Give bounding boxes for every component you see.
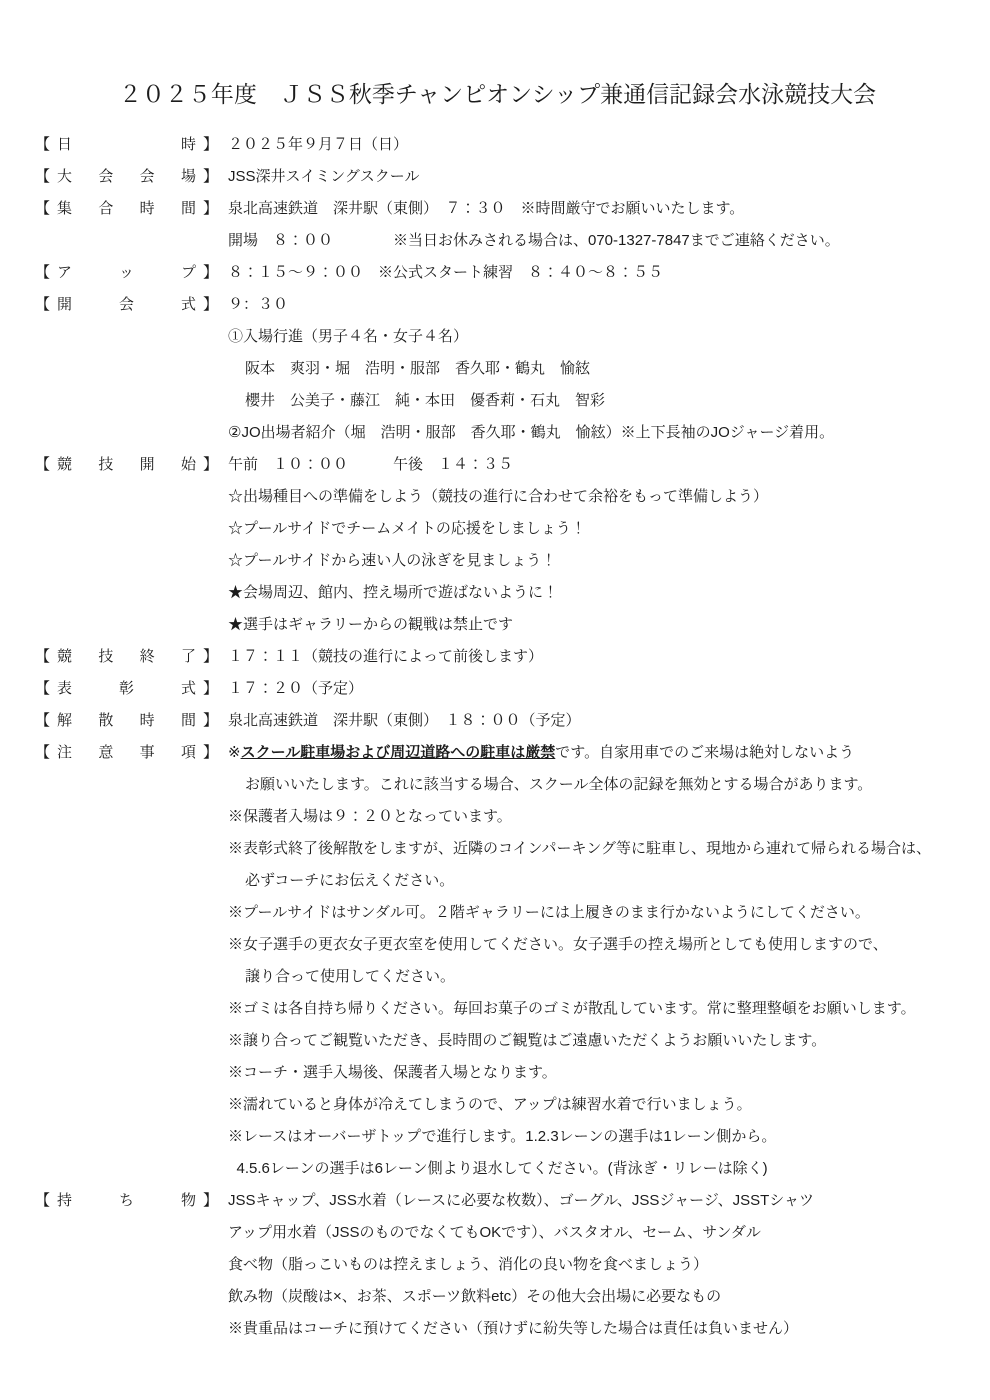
text-segment: ※ [228, 744, 241, 761]
close-bracket-glyph: 】 [203, 673, 218, 705]
close-bracket-glyph: 】 [203, 737, 218, 769]
label-char: 場 [181, 161, 196, 193]
label-char: 会 [119, 289, 134, 321]
page-title: ２０２５年度 ＪＳＳ秋季チャンピオンシップ兼通信記録会水泳競技大会 [35, 78, 960, 110]
row-content: 飲み物（炭酸は×、お茶、スポーツ飲料etc）その他大会出場に必要なもの [228, 1281, 960, 1313]
row-label: 【日時】 [35, 129, 218, 161]
close-bracket-glyph: 】 [203, 129, 218, 161]
label-char: 間 [181, 705, 196, 737]
notice-row: ①入場行進（男子４名・女子４名） [35, 321, 960, 353]
label-char: 意 [98, 737, 113, 769]
row-label-text: 解散時間 [50, 705, 203, 737]
notice-row: 【解散時間】泉北高速鉄道 深井駅（東側） １８：００（予定） [35, 705, 960, 737]
row-content: 泉北高速鉄道 深井駅（東側） ７：３０ ※時間厳守でお願いいたします。 [228, 193, 960, 225]
label-char: 式 [181, 673, 196, 705]
row-label-text: アップ [50, 257, 203, 289]
row-label: 【競技終了】 [35, 641, 218, 673]
row-label-text: 競技開始 [50, 449, 203, 481]
label-char: 物 [181, 1185, 196, 1217]
open-bracket-glyph: 【 [35, 161, 50, 193]
row-content: 櫻井 公美子・藤江 純・本田 優香莉・石丸 智彩 [228, 385, 960, 417]
text-segment: アップ用水着（JSSのものでなくてもOKです）、バスタオル、セーム、サンダル [228, 1224, 761, 1241]
open-bracket-glyph: 【 [35, 449, 50, 481]
text-segment: 櫻井 公美子・藤江 純・本田 優香莉・石丸 智彩 [245, 392, 605, 409]
text-segment: ※レースはオーバーザトップで進行します。1.2.3レーンの選手は1レーン側から。 [228, 1128, 776, 1145]
open-bracket-glyph: 【 [35, 129, 50, 161]
text-segment: ☆出場種目への準備をしよう（競技の進行に合わせて余裕をもって準備しよう） [228, 488, 768, 505]
close-bracket-glyph: 】 [203, 705, 218, 737]
notice-row: 【日時】２０２５年９月７日（日） [35, 129, 960, 161]
label-char: 時 [181, 129, 196, 161]
row-content: ２０２５年９月７日（日） [228, 129, 960, 161]
row-content: ※表彰式終了後解散をしますが、近隣のコインパーキング等に駐車し、現地から連れて帰… [228, 833, 960, 865]
row-content: JSSキャップ、JSS水着（レースに必要な枚数）、ゴーグル、JSSジャージ、JS… [228, 1185, 960, 1217]
label-char: 大 [57, 161, 72, 193]
row-content: 午前 １０：００ 午後 １４：３５ [228, 449, 960, 481]
notice-row: ※濡れていると身体が冷えてしまうので、アップは練習水着で行いましょう。 [35, 1089, 960, 1121]
notice-row: 【注意事項】※スクール駐車場および周辺道路への駐車は厳禁です。自家用車でのご来場… [35, 737, 960, 769]
text-segment: １７：２０（予定） [228, 680, 363, 697]
row-content: ★会場周辺、館内、控え場所で遊ばないように！ [228, 577, 960, 609]
notice-row: 【開会式】９：３０ [35, 289, 960, 321]
notice-row: ※コーチ・選手入場後、保護者入場となります。 [35, 1057, 960, 1089]
label-char: 注 [57, 737, 72, 769]
row-label: 【解散時間】 [35, 705, 218, 737]
label-char: ッ [119, 257, 134, 289]
label-char: 会 [98, 161, 113, 193]
row-label: 【大会会場】 [35, 161, 218, 193]
label-char: 項 [181, 737, 196, 769]
label-char: プ [181, 257, 196, 289]
emphasized-text: スクール駐車場および周辺道路への駐車は厳禁 [241, 744, 556, 761]
row-label-text: 集合時間 [50, 193, 203, 225]
label-char: 合 [98, 193, 113, 225]
row-label: 【集合時間】 [35, 193, 218, 225]
text-segment: 開場 ８：００ ※当日お休みされる場合は、070-1327-7847までご連絡く… [228, 232, 840, 249]
text-segment: 食べ物（脂っこいものは控えましょう、消化の良い物を食べましょう） [228, 1256, 708, 1273]
notice-row: ★選手はギャラリーからの観戦は禁止です [35, 609, 960, 641]
text-segment: ※保護者入場は９：２０となっています。 [228, 808, 512, 825]
notice-row: 譲り合って使用してください。 [35, 961, 960, 993]
notice-row: 食べ物（脂っこいものは控えましょう、消化の良い物を食べましょう） [35, 1249, 960, 1281]
row-content: ★選手はギャラリーからの観戦は禁止です [228, 609, 960, 641]
text-segment: ※貴重品はコーチに預けてください（預けずに紛失等した場合は責任は負いません） [228, 1320, 798, 1337]
notice-row: ☆プールサイドでチームメイトの応援をしましょう！ [35, 513, 960, 545]
notice-row: ※貴重品はコーチに預けてください（預けずに紛失等した場合は責任は負いません） [35, 1313, 960, 1345]
notice-row: ※レースはオーバーザトップで進行します。1.2.3レーンの選手は1レーン側から。 [35, 1121, 960, 1153]
row-content: アップ用水着（JSSのものでなくてもOKです）、バスタオル、セーム、サンダル [228, 1217, 960, 1249]
open-bracket-glyph: 【 [35, 641, 50, 673]
row-label-text: 大会会場 [50, 161, 203, 193]
label-char: 技 [98, 449, 113, 481]
text-segment: JSSキャップ、JSS水着（レースに必要な枚数）、ゴーグル、JSSジャージ、JS… [228, 1192, 814, 1209]
row-content: ※コーチ・選手入場後、保護者入場となります。 [228, 1057, 960, 1089]
text-segment: 午前 １０：００ 午後 １４：３５ [228, 456, 513, 473]
row-content: ※保護者入場は９：２０となっています。 [228, 801, 960, 833]
text-segment: ２０２５年９月７日（日） [228, 136, 408, 153]
row-label-text: 持ち物 [50, 1185, 203, 1217]
row-content: ※プールサイドはサンダル可。２階ギャラリーには上履きのまま行かないようにしてくだ… [228, 897, 960, 929]
row-content: 必ずコーチにお伝えください。 [228, 865, 960, 897]
close-bracket-glyph: 】 [203, 289, 218, 321]
label-char: 始 [181, 449, 196, 481]
close-bracket-glyph: 】 [203, 161, 218, 193]
notice-rows: 【日時】２０２５年９月７日（日）【大会会場】JSS深井スイミングスクール【集合時… [35, 129, 960, 1345]
row-content: JSS深井スイミングスクール [228, 161, 960, 193]
row-content: ☆プールサイドでチームメイトの応援をしましょう！ [228, 513, 960, 545]
close-bracket-glyph: 】 [203, 1185, 218, 1217]
text-segment: 泉北高速鉄道 深井駅（東側） ７：３０ ※時間厳守でお願いいたします。 [228, 200, 744, 217]
row-content: ※ゴミは各自持ち帰りください。毎回お菓子のゴミが散乱しています。常に整理整頓をお… [228, 993, 960, 1025]
label-char: 持 [57, 1185, 72, 1217]
row-content: ②JO出場者紹介（堀 浩明・服部 香久耶・鶴丸 愉絃）※上下長袖のJOジャージ着… [228, 417, 960, 449]
notice-row: 【表彰式】１７：２０（予定） [35, 673, 960, 705]
row-label: 【表彰式】 [35, 673, 218, 705]
notice-row: お願いいたします。これに該当する場合、スクール全体の記録を無効とする場合がありま… [35, 769, 960, 801]
row-label: 【注意事項】 [35, 737, 218, 769]
text-segment: 泉北高速鉄道 深井駅（東側） １８：００（予定） [228, 712, 581, 729]
label-char: 彰 [119, 673, 134, 705]
notice-row: ※表彰式終了後解散をしますが、近隣のコインパーキング等に駐車し、現地から連れて帰… [35, 833, 960, 865]
text-segment: です。自家用車でのご来場は絶対しないよう [555, 744, 854, 761]
label-char: 事 [140, 737, 155, 769]
notice-row: ☆プールサイドから速い人の泳ぎを見ましょう！ [35, 545, 960, 577]
text-segment: 4.5.6レーンの選手は6レーン側より退水してください。(背泳ぎ・リレーは除く) [237, 1160, 768, 1177]
row-content: 開場 ８：００ ※当日お休みされる場合は、070-1327-7847までご連絡く… [228, 225, 960, 257]
notice-row: 【大会会場】JSS深井スイミングスクール [35, 161, 960, 193]
text-segment: ※コーチ・選手入場後、保護者入場となります。 [228, 1064, 557, 1081]
row-content: ※女子選手の更衣女子更衣室を使用してください。女子選手の控え場所としても使用しま… [228, 929, 960, 961]
label-char: 終 [140, 641, 155, 673]
label-char: 技 [98, 641, 113, 673]
label-char: 時 [140, 705, 155, 737]
label-char: 式 [181, 289, 196, 321]
label-char: 解 [57, 705, 72, 737]
label-char: 表 [57, 673, 72, 705]
notice-row: ★会場周辺、館内、控え場所で遊ばないように！ [35, 577, 960, 609]
label-char: 競 [57, 641, 72, 673]
notice-row: 4.5.6レーンの選手は6レーン側より退水してください。(背泳ぎ・リレーは除く) [35, 1153, 960, 1185]
notice-row: 【競技開始】午前 １０：００ 午後 １４：３５ [35, 449, 960, 481]
row-label: 【持ち物】 [35, 1185, 218, 1217]
text-segment: ※譲り合ってご観覧いただき、長時間のご観覧はご遠慮いただくようお願いいたします。 [228, 1032, 826, 1049]
open-bracket-glyph: 【 [35, 257, 50, 289]
notice-row: ※保護者入場は９：２０となっています。 [35, 801, 960, 833]
text-segment: １７：１１（競技の進行によって前後します） [228, 648, 543, 665]
label-char: 開 [140, 449, 155, 481]
close-bracket-glyph: 】 [203, 257, 218, 289]
row-content: ８：１５～９：００ ※公式スタート練習 ８：４０～８：５５ [228, 257, 960, 289]
label-char: 日 [57, 129, 72, 161]
row-content: 泉北高速鉄道 深井駅（東側） １８：００（予定） [228, 705, 960, 737]
notice-row: 【集合時間】泉北高速鉄道 深井駅（東側） ７：３０ ※時間厳守でお願いいたします… [35, 193, 960, 225]
label-char: ち [119, 1185, 134, 1217]
label-char: 間 [181, 193, 196, 225]
text-segment: ☆プールサイドから速い人の泳ぎを見ましょう！ [228, 552, 556, 569]
label-char: 集 [57, 193, 72, 225]
document-page: ２０２５年度 ＪＳＳ秋季チャンピオンシップ兼通信記録会水泳競技大会 【日時】２０… [0, 0, 990, 1400]
row-content: 譲り合って使用してください。 [228, 961, 960, 993]
label-char: 開 [57, 289, 72, 321]
text-segment: 譲り合って使用してください。 [245, 968, 455, 985]
notice-row: ※ゴミは各自持ち帰りください。毎回お菓子のゴミが散乱しています。常に整理整頓をお… [35, 993, 960, 1025]
row-content: １７：１１（競技の進行によって前後します） [228, 641, 960, 673]
text-segment: お願いいたします。これに該当する場合、スクール全体の記録を無効とする場合がありま… [245, 776, 872, 793]
notice-row: 阪本 爽羽・堀 浩明・服部 香久耶・鶴丸 愉絃 [35, 353, 960, 385]
row-label-text: 表彰式 [50, 673, 203, 705]
text-segment: JSS深井スイミングスクール [228, 168, 419, 185]
notice-row: アップ用水着（JSSのものでなくてもOKです）、バスタオル、セーム、サンダル [35, 1217, 960, 1249]
notice-row: ※女子選手の更衣女子更衣室を使用してください。女子選手の控え場所としても使用しま… [35, 929, 960, 961]
row-label-text: 注意事項 [50, 737, 203, 769]
text-segment: ②JO出場者紹介（堀 浩明・服部 香久耶・鶴丸 愉絃）※上下長袖のJOジャージ着… [228, 424, 834, 441]
notice-row: ※プールサイドはサンダル可。２階ギャラリーには上履きのまま行かないようにしてくだ… [35, 897, 960, 929]
close-bracket-glyph: 】 [203, 641, 218, 673]
row-content: 4.5.6レーンの選手は6レーン側より退水してください。(背泳ぎ・リレーは除く) [228, 1153, 960, 1185]
open-bracket-glyph: 【 [35, 193, 50, 225]
label-char: 会 [140, 161, 155, 193]
row-content: １７：２０（予定） [228, 673, 960, 705]
row-content: ☆プールサイドから速い人の泳ぎを見ましょう！ [228, 545, 960, 577]
notice-row: ※譲り合ってご観覧いただき、長時間のご観覧はご遠慮いただくようお願いいたします。 [35, 1025, 960, 1057]
close-bracket-glyph: 】 [203, 193, 218, 225]
row-content: お願いいたします。これに該当する場合、スクール全体の記録を無効とする場合がありま… [228, 769, 960, 801]
text-segment: ①入場行進（男子４名・女子４名） [228, 328, 468, 345]
row-label: 【開会式】 [35, 289, 218, 321]
row-content: 阪本 爽羽・堀 浩明・服部 香久耶・鶴丸 愉絃 [228, 353, 960, 385]
text-segment: ★会場周辺、館内、控え場所で遊ばないように！ [228, 584, 558, 601]
label-char: 了 [181, 641, 196, 673]
notice-row: 【持ち物】JSSキャップ、JSS水着（レースに必要な枚数）、ゴーグル、JSSジャ… [35, 1185, 960, 1217]
close-bracket-glyph: 】 [203, 449, 218, 481]
row-content: ☆出場種目への準備をしよう（競技の進行に合わせて余裕をもって準備しよう） [228, 481, 960, 513]
text-segment: ★選手はギャラリーからの観戦は禁止です [228, 616, 513, 633]
row-content: ９：３０ [228, 289, 960, 321]
label-char: 競 [57, 449, 72, 481]
row-content: 食べ物（脂っこいものは控えましょう、消化の良い物を食べましょう） [228, 1249, 960, 1281]
notice-row: 開場 ８：００ ※当日お休みされる場合は、070-1327-7847までご連絡く… [35, 225, 960, 257]
row-label-text: 競技終了 [50, 641, 203, 673]
text-segment: ※女子選手の更衣女子更衣室を使用してください。女子選手の控え場所としても使用しま… [228, 936, 888, 953]
text-segment: ９：３０ [228, 296, 288, 313]
row-label-text: 日時 [50, 129, 203, 161]
notice-row: 必ずコーチにお伝えください。 [35, 865, 960, 897]
text-segment: 飲み物（炭酸は×、お茶、スポーツ飲料etc）その他大会出場に必要なもの [228, 1288, 721, 1305]
text-segment: ８：１５～９：００ ※公式スタート練習 ８：４０～８：５５ [228, 264, 663, 281]
notice-row: 【アップ】８：１５～９：００ ※公式スタート練習 ８：４０～８：５５ [35, 257, 960, 289]
text-segment: ※ゴミは各自持ち帰りください。毎回お菓子のゴミが散乱しています。常に整理整頓をお… [228, 1000, 916, 1017]
row-content: ①入場行進（男子４名・女子４名） [228, 321, 960, 353]
label-char: 散 [98, 705, 113, 737]
text-segment: ※プールサイドはサンダル可。２階ギャラリーには上履きのまま行かないようにしてくだ… [228, 904, 870, 921]
notice-row: 櫻井 公美子・藤江 純・本田 優香莉・石丸 智彩 [35, 385, 960, 417]
row-content: ※濡れていると身体が冷えてしまうので、アップは練習水着で行いましょう。 [228, 1089, 960, 1121]
notice-row: ☆出場種目への準備をしよう（競技の進行に合わせて余裕をもって準備しよう） [35, 481, 960, 513]
text-segment: ※表彰式終了後解散をしますが、近隣のコインパーキング等に駐車し、現地から連れて帰… [228, 840, 931, 857]
open-bracket-glyph: 【 [35, 705, 50, 737]
notice-row: ②JO出場者紹介（堀 浩明・服部 香久耶・鶴丸 愉絃）※上下長袖のJOジャージ着… [35, 417, 960, 449]
text-segment: 阪本 爽羽・堀 浩明・服部 香久耶・鶴丸 愉絃 [245, 360, 590, 377]
label-char: 時 [140, 193, 155, 225]
text-segment: 必ずコーチにお伝えください。 [245, 872, 454, 889]
row-content: ※貴重品はコーチに預けてください（預けずに紛失等した場合は責任は負いません） [228, 1313, 960, 1345]
open-bracket-glyph: 【 [35, 673, 50, 705]
notice-row: 【競技終了】１７：１１（競技の進行によって前後します） [35, 641, 960, 673]
notice-row: 飲み物（炭酸は×、お茶、スポーツ飲料etc）その他大会出場に必要なもの [35, 1281, 960, 1313]
row-label: 【競技開始】 [35, 449, 218, 481]
row-label: 【アップ】 [35, 257, 218, 289]
row-content: ※譲り合ってご観覧いただき、長時間のご観覧はご遠慮いただくようお願いいたします。 [228, 1025, 960, 1057]
text-segment: ☆プールサイドでチームメイトの応援をしましょう！ [228, 520, 586, 537]
row-content: ※レースはオーバーザトップで進行します。1.2.3レーンの選手は1レーン側から。 [228, 1121, 960, 1153]
open-bracket-glyph: 【 [35, 1185, 50, 1217]
open-bracket-glyph: 【 [35, 289, 50, 321]
text-segment: ※濡れていると身体が冷えてしまうので、アップは練習水着で行いましょう。 [228, 1096, 752, 1113]
open-bracket-glyph: 【 [35, 737, 50, 769]
label-char: ア [57, 257, 72, 289]
row-content: ※スクール駐車場および周辺道路への駐車は厳禁です。自家用車でのご来場は絶対しない… [228, 737, 960, 769]
row-label-text: 開会式 [50, 289, 203, 321]
